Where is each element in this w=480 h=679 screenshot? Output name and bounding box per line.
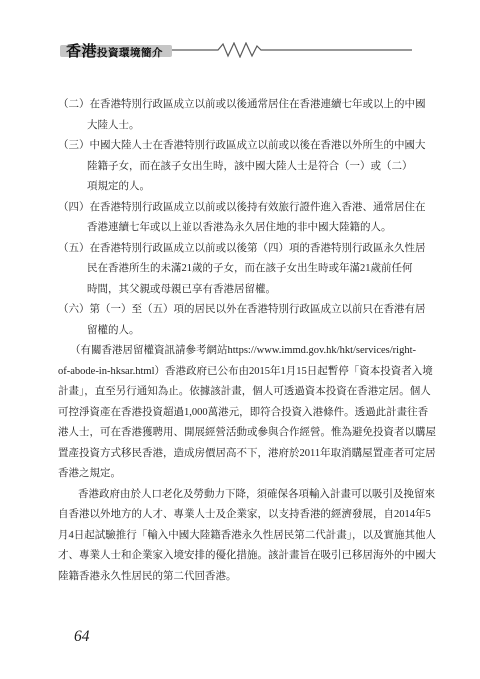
page-header: 香港投資環境簡介 — [0, 0, 480, 70]
text-line: 計畫」，直至另行通知為止。依據該計畫，個人可透過資本投資在香港定居。個人 — [58, 382, 422, 403]
pulse-zigzag-icon — [172, 42, 412, 58]
page-title-primary: 香港 — [66, 44, 97, 60]
text-line: （五）在香港特別行政區成立以前或以後第（四）項的香港特別行政區永久性居 — [58, 239, 422, 260]
text-line: 香港連續七年或以上並以香港為永久居住地的非中國大陸籍的人。 — [58, 218, 422, 239]
text-line: 置產投資方式移民香港，造成房價居高不下，港府於2011年取消購屋置產者可定居 — [58, 444, 422, 465]
text-line: 陸籍香港永久性居民的第二代回香港。 — [58, 567, 422, 588]
text-line: （有關香港居留權資訊請參考網站https://www.immd.gov.hk/h… — [58, 341, 422, 362]
text-line: （四）在香港特別行政區成立以前或以後持有效旅行證件進入香港、通常居住在 — [58, 198, 422, 219]
page-number: 64 — [74, 628, 90, 646]
page-title: 香港投資環境簡介 — [66, 40, 163, 61]
text-line: 項規定的人。 — [58, 177, 422, 198]
text-line: of-abode-in-hksar.html）香港政府已公布由2015年1月15… — [58, 362, 422, 383]
body-text: （二）在香港特別行政區成立以前或以後通常居住在香港連續七年或以上的中國大陸人士。… — [58, 95, 422, 587]
text-line: 民在香港所生的未滿21歲的子女，而在該子女出生時或年滿21歲前任何 — [58, 259, 422, 280]
text-line: 月4日起試驗推行「輸入中國大陸籍香港永久性居民第二代計畫」，以及實施其他人 — [58, 526, 422, 547]
text-line: 時間，其父親或母親已享有香港居留權。 — [58, 280, 422, 301]
text-line: （六）第（一）至（五）項的居民以外在香港特別行政區成立以前只在香港有居 — [58, 300, 422, 321]
text-line: 自香港以外地方的人才、專業人士及企業家，以支持香港的經濟發展，自2014年5 — [58, 505, 422, 526]
text-line: 才、專業人士和企業家入境安排的優化措施。該計畫旨在吸引已移居海外的中國大 — [58, 546, 422, 567]
text-line: 香港之規定。 — [58, 464, 422, 485]
text-line: 香港政府由於人口老化及勞動力下降，須確保各項輸入計畫可以吸引及挽留來 — [58, 485, 422, 506]
text-line: 陸籍子女，而在該子女出生時，該中國大陸人士是符合（一）或（二） — [58, 157, 422, 178]
text-line: 大陸人士。 — [58, 116, 422, 137]
document-page: 香港投資環境簡介 （二）在香港特別行政區成立以前或以後通常居住在香港連續七年或以… — [0, 0, 480, 679]
text-line: 可控淨資產在香港投資超過1,000萬港元，即符合投資入港條件。透過此計畫往香 — [58, 403, 422, 424]
text-line: （三）中國大陸人士在香港特別行政區成立以前或以後在香港以外所生的中國大 — [58, 136, 422, 157]
text-line: （二）在香港特別行政區成立以前或以後通常居住在香港連續七年或以上的中國 — [58, 95, 422, 116]
header-rule-line — [172, 43, 412, 57]
text-line: 港人士，可在香港獲聘用、開展經營活動或參與合作經營。惟為避免投資者以購屋 — [58, 423, 422, 444]
text-line: 留權的人。 — [58, 321, 422, 342]
page-title-secondary: 投資環境簡介 — [97, 48, 163, 59]
